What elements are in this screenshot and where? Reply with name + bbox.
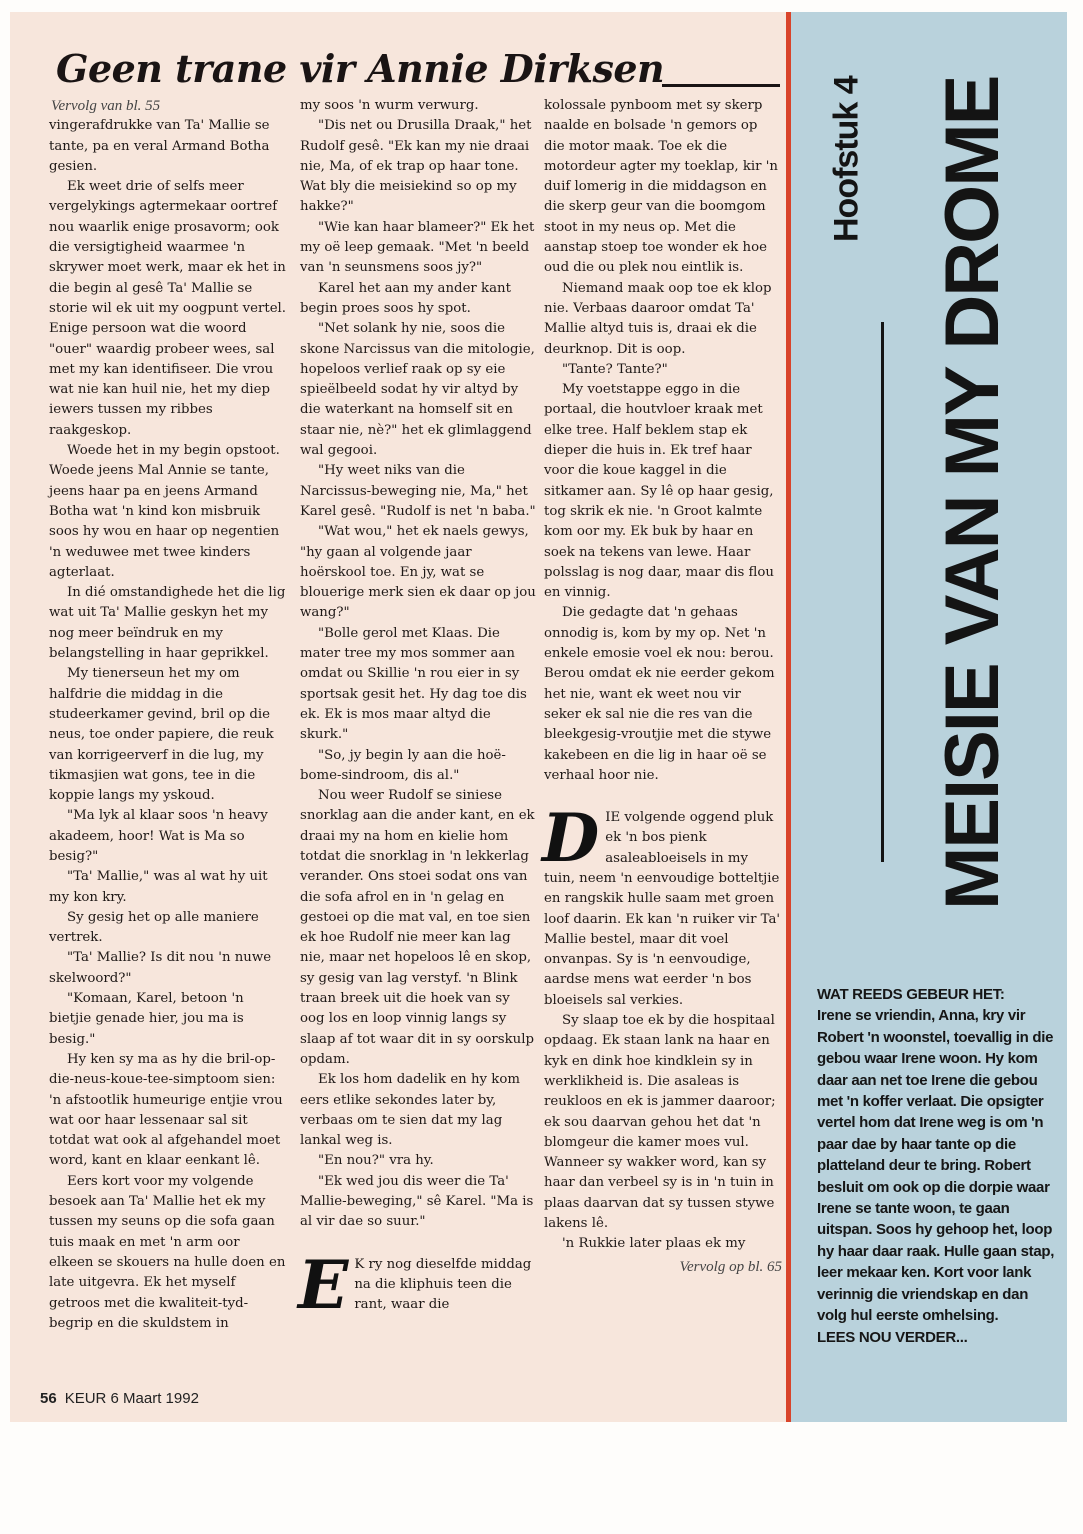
section-break-dropcap: D IE volgende oggend pluk ek 'n bos pien… (544, 808, 782, 1011)
chapter-label: Hoofstuk 4 (825, 76, 869, 326)
paragraph: "Ta' Mallie," was al wat hy uit my kon k… (49, 867, 287, 908)
paragraph: Hy ken sy ma as hy die bril-op-die-neus-… (49, 1050, 287, 1172)
story-so-far-box: WAT REEDS GEBEUR HET: Irene se vriendin,… (817, 984, 1057, 1348)
article-column-2: my soos 'n wurm verwurg. "Dis net ou Dru… (300, 96, 538, 1316)
paragraph: "Wie kan haar blameer?" Ek het my oë lee… (300, 218, 538, 279)
drop-cap-letter: E (298, 1257, 348, 1313)
recap-heading: WAT REEDS GEBEUR HET: (817, 984, 1057, 1005)
continued-on-note: Vervolg op bl. 65 (544, 1257, 782, 1277)
paragraph: My tienerseun het my om halfdrie die mid… (49, 664, 287, 806)
section-break-dropcap: E K ry nog dieselfde middag na die kliph… (300, 1255, 538, 1316)
article-column-3: kolossale pynboom met sy skerp naalde en… (544, 96, 782, 1277)
paragraph: "En nou?" vra hy. (300, 1151, 538, 1171)
page-footer: 56KEUR 6 Maart 1992 (40, 1390, 199, 1407)
paragraph: "Ek wed jou dis weer die Ta' Mallie-bewe… (300, 1172, 538, 1233)
paragraph: vingerafdrukke van Ta' Mallie se tante, … (49, 116, 287, 177)
paragraph: Sy slaap toe ek by die hospitaal opdaag.… (544, 1011, 782, 1234)
magazine-page: Geen trane vir Annie Dirksen Vervolg van… (10, 12, 1057, 1422)
serial-sidebar: Hoofstuk 4 MEISIE VAN MY DROME WAT REEDS… (791, 12, 1067, 1422)
paragraph: Sy gesig het op alle maniere vertrek. (49, 908, 287, 949)
paragraph: "So, jy begin ly aan die hoë-bome-sindro… (300, 746, 538, 787)
read-on-prompt: LEES NOU VERDER... (817, 1327, 1057, 1348)
paragraph: "Net solank hy nie, soos die skone Narci… (300, 319, 538, 461)
recap-text: Irene se vriendin, Anna, kry vir Robert … (817, 1007, 1054, 1324)
page-number: 56 (40, 1390, 57, 1407)
publication-line: KEUR 6 Maart 1992 (65, 1390, 199, 1407)
paragraph: kolossale pynboom met sy skerp naalde en… (544, 96, 782, 279)
paragraph: Ek weet drie of selfs meer vergelykings … (49, 177, 287, 441)
paragraph: "Dis net ou Drusilla Draak," het Rudolf … (300, 116, 538, 217)
series-title: MEISIE VAN MY DROME (933, 70, 1013, 910)
paragraph: In dié omstandighede het die lig wat uit… (49, 583, 287, 664)
paragraph: "Wat wou," het ek naels gewys, "hy gaan … (300, 522, 538, 623)
continued-from-note: Vervolg van bl. 55 (49, 96, 287, 116)
paragraph: Ek los hom dadelik en hy kom eers etlike… (300, 1070, 538, 1151)
paragraph: "Ma lyk al klaar soos 'n heavy akadeem, … (49, 806, 287, 867)
paragraph: Eers kort voor my volgende besoek aan Ta… (49, 1172, 287, 1334)
article-area: Geen trane vir Annie Dirksen Vervolg van… (10, 12, 786, 1422)
paragraph: "Hy weet niks van die Narcissus-beweging… (300, 461, 538, 522)
paragraph: Nou weer Rudolf se siniese snorklag aan … (300, 786, 538, 1070)
paragraph: "Tante? Tante?" (544, 360, 782, 380)
paragraph: "Ta' Mallie? Is dit nou 'n nuwe skelwoor… (49, 948, 287, 989)
title-underline-rule (662, 84, 780, 87)
drop-cap-letter: D (542, 810, 599, 866)
chapter-rule (881, 322, 884, 862)
paragraph: 'n Rukkie later plaas ek my (544, 1234, 782, 1254)
paragraph: "Komaan, Karel, betoon 'n bietjie genade… (49, 989, 287, 1050)
paragraph: My voetstappe eggo in die portaal, die h… (544, 380, 782, 603)
article-column-1: Vervolg van bl. 55 vingerafdrukke van Ta… (49, 96, 287, 1334)
paragraph: my soos 'n wurm verwurg. (300, 96, 538, 116)
paragraph: Woede het in my begin opstoot. Woede jee… (49, 441, 287, 583)
paragraph: Niemand maak oop toe ek klop nie. Verbaa… (544, 279, 782, 360)
article-title: Geen trane vir Annie Dirksen (56, 46, 664, 91)
paragraph: Karel het aan my ander kant begin proes … (300, 279, 538, 320)
paragraph: "Bolle gerol met Klaas. Die mater tree m… (300, 624, 538, 746)
paragraph: Die gedagte dat 'n gehaas onnodig is, ko… (544, 603, 782, 786)
